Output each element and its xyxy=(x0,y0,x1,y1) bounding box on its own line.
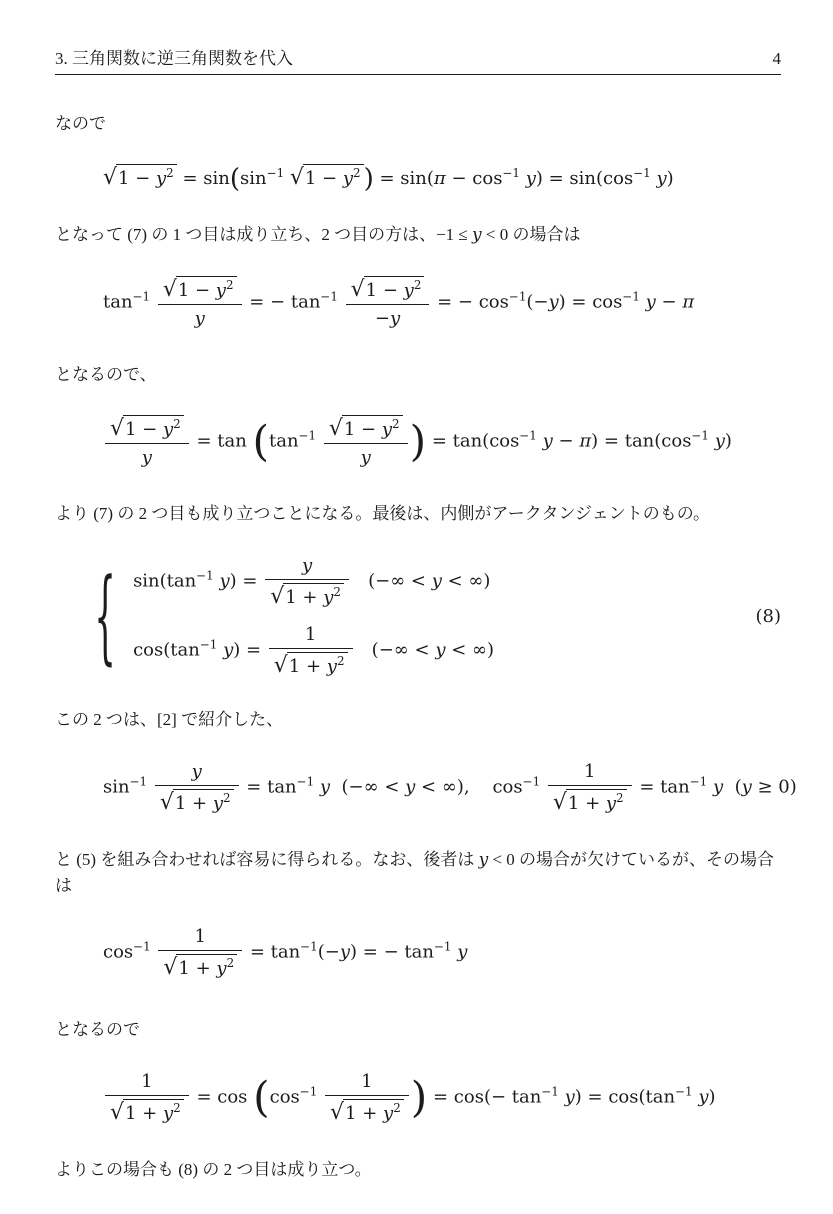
equation-2: tan−1 √1 − y2y = − tan−1 √1 − y2−y = − c… xyxy=(103,276,781,329)
paragraph-7: となるので xyxy=(55,1017,781,1043)
cases-lines: sin(tan−1 y) = y√1 + y2 (−∞ < y < ∞) cos… xyxy=(133,555,494,677)
equation-4-system: { sin(tan−1 y) = y√1 + y2 (−∞ < y < ∞) c… xyxy=(93,555,781,677)
cases-group: { sin(tan−1 y) = y√1 + y2 (−∞ < y < ∞) c… xyxy=(93,555,494,677)
equation-5: sin−1 y√1 + y2 = tan−1 y (−∞ < y < ∞), c… xyxy=(103,761,781,814)
equation-1: √1 − y2 = sin(sin−1 √1 − y2) = sin(π − c… xyxy=(103,164,781,189)
paragraph-naode: なので xyxy=(55,111,781,137)
paragraph-8: よりこの場合も (8) の 2 つ目は成り立つ。 xyxy=(55,1157,781,1183)
equation-3: √1 − y2y = tan (tan−1 √1 − y2y) = tan(co… xyxy=(103,415,781,468)
equation-6: cos−1 1√1 + y2 = tan−1(−y) = − tan−1 y xyxy=(103,926,781,979)
equation-7: 1√1 + y2 = cos (cos−1 1√1 + y2) = cos(− … xyxy=(103,1071,781,1124)
equation-tag-8: (8) xyxy=(756,606,782,627)
document-page: 3. 三角関数に逆三角関数を代入 4 なので √1 − y2 = sin(sin… xyxy=(0,0,833,1214)
page-header: 3. 三角関数に逆三角関数を代入 4 xyxy=(55,44,781,75)
equation-4-line-1: sin(tan−1 y) = y√1 + y2 (−∞ < y < ∞) xyxy=(133,555,494,608)
section-title: 3. 三角関数に逆三角関数を代入 xyxy=(55,44,293,69)
paragraph-5: この 2 つは、[2] で紹介した、 xyxy=(55,707,781,733)
paragraph-4: より (7) の 2 つ目も成り立つことになる。最後は、内側がアークタンジェント… xyxy=(55,501,781,527)
equation-4-line-2: cos(tan−1 y) = 1√1 + y2 (−∞ < y < ∞) xyxy=(133,624,494,677)
paragraph-2: となって (7) の 1 つ目は成り立ち、2 つ目の方は、−1 ≤ y < 0 … xyxy=(55,222,781,248)
paragraph-3: となるので、 xyxy=(55,362,781,388)
left-brace: { xyxy=(94,557,116,676)
paragraph-6: と (5) を組み合わせれば容易に得られる。なお、後者は y < 0 の場合が欠… xyxy=(55,847,781,900)
page-number: 4 xyxy=(773,49,782,69)
